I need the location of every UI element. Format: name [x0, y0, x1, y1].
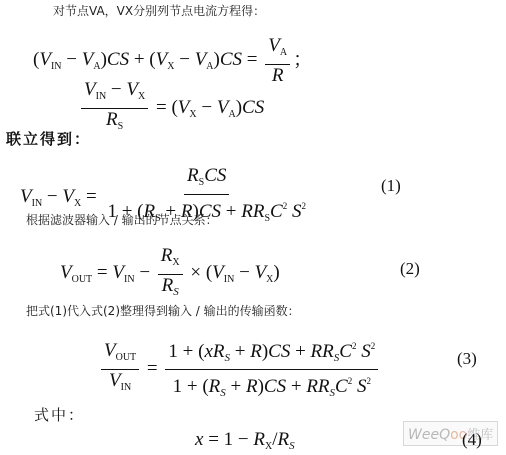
equation-2-label: (2) [400, 259, 420, 279]
equation-node-a: (VIN − VA)CS + (VX − VA)CS = VA R ； [33, 36, 312, 86]
fraction-vout-over-vin: VOUT VIN [101, 341, 139, 398]
equation-4-label: (4) [462, 430, 482, 450]
where-text: 式中： [34, 404, 85, 425]
equation-1-label: (1) [381, 176, 401, 196]
fraction-va-over-r: VA R [265, 36, 290, 86]
watermark-text-b: Q [439, 427, 450, 443]
equation-2: VOUT = VIN − RX RS × (VIN − VX) [60, 246, 280, 302]
fraction-transfer-function: 1 + (xRS + R)CS + RRSC2 S2 1 + (RS + R)C… [165, 336, 378, 403]
equation-4: x = 1 − RX/RS [195, 429, 295, 452]
equation-node-a-lhs: (VIN − VA)CS + (VX − VA)CS = [33, 49, 262, 70]
watermark-text-a: Wee [408, 427, 439, 443]
equation-3-label: (3) [457, 349, 477, 369]
equation-node-x: VIN − VX RS = (VX − VA)CS [78, 80, 264, 137]
section-heading: 联立得到： [6, 128, 91, 149]
intro-text: 对节点VA，VX分别列节点电流方程得： [53, 2, 265, 19]
equation-3: VOUT VIN = 1 + (xRS + R)CS + RRSC2 S2 1 … [98, 336, 381, 403]
relation-text: 根据滤波器输入 / 输出的节点关系： [26, 211, 218, 228]
semicolon: ； [293, 49, 312, 70]
weeqoo-watermark: WeeQoo维库 [403, 421, 498, 446]
fraction-vin-minus-vx-over-rs: VIN − VX RS [81, 80, 148, 137]
fraction-rx-over-rs: RX RS [158, 246, 183, 302]
substitution-text: 把式(1)代入式(2)整理得到输入 / 输出的传输函数： [26, 302, 300, 319]
